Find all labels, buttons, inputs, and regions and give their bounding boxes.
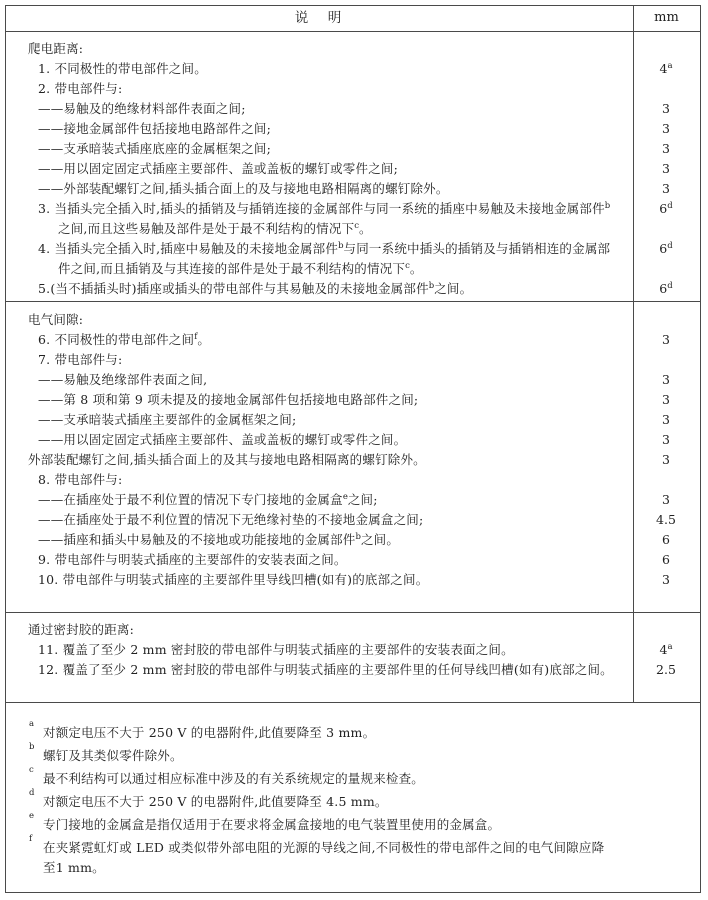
section-title: 电气间隙: <box>6 310 700 330</box>
row-text: 10. 带电部件与明装式插座的主要部件里导线凹槽(如有)的底部之间。 <box>6 570 633 590</box>
row-text: ——接地金属部件包括接地电路部件之间; <box>6 119 633 139</box>
table-row: 8. 带电部件与: <box>6 470 700 490</box>
table-row: 9. 带电部件与明装式插座的主要部件的安装表面之间。6 <box>6 550 700 570</box>
row-text: ——在插座处于最不利位置的情况下无绝缘衬垫的不接地金属盒之间; <box>6 510 633 530</box>
row-text: 6. 不同极性的带电部件之间f。 <box>6 330 633 350</box>
table-row: ——在插座处于最不利位置的情况下专门接地的金属盒e之间;3 <box>6 490 700 510</box>
row-value-mm: 3 <box>633 179 700 199</box>
table-row: ——用以固定固定式插座主要部件、盖或盖板的螺钉或零件之间;3 <box>6 159 700 179</box>
row-value-mm <box>633 79 700 99</box>
row-text: ——用以固定固定式插座主要部件、盖或盖板的螺钉或零件之间。 <box>6 430 633 450</box>
footnote-e: e专门接地的金属盒是指仅适用于在要求将金属盒接地的电气装置里使用的金属盒。 <box>6 815 700 835</box>
row-text: ——用以固定固定式插座主要部件、盖或盖板的螺钉或零件之间; <box>6 159 633 179</box>
row-text: ——易触及绝缘部件表面之间, <box>6 370 633 390</box>
footnote-text: 最不利结构可以通过相应标准中涉及的有关系统规定的量规来检查。 <box>43 771 424 786</box>
row-value-mm: 3 <box>633 430 700 450</box>
table-row: ——接地金属部件包括接地电路部件之间;3 <box>6 119 700 139</box>
row-value-mm: 3 <box>633 159 700 179</box>
row-value-mm: 4.5 <box>633 510 700 530</box>
table-row: 3. 当插头完全插入时,插头的插销及与插销连接的金属部件与同一系统的插座中易触及… <box>6 199 700 239</box>
table-row: 2. 带电部件与: <box>6 79 700 99</box>
row-text: ——外部装配螺钉之间,插头插合面上的及与接地电路相隔离的螺钉除外。 <box>6 179 633 199</box>
row-value-mm: 6d <box>633 239 700 279</box>
footnote-c: c最不利结构可以通过相应标准中涉及的有关系统规定的量规来检查。 <box>6 769 700 789</box>
table-row: 4. 当插头完全插入时,插座中易触及的未接地金属部件b与同一系统中插头的插销及与… <box>6 239 700 279</box>
row-text: 3. 当插头完全插入时,插头的插销及与插销连接的金属部件与同一系统的插座中易触及… <box>6 199 633 239</box>
footnote-a: a对额定电压不大于 250 V 的电器附件,此值要降至 3 mm。 <box>6 723 700 743</box>
row-value-mm <box>633 470 700 490</box>
row-value-mm: 3 <box>633 330 700 350</box>
requirements-table: 说 明 mm 爬电距离:1. 不同极性的带电部件之间。4a2. 带电部件与:——… <box>5 5 701 893</box>
table-row: ——外部装配螺钉之间,插头插合面上的及与接地电路相隔离的螺钉除外。3 <box>6 179 700 199</box>
row-text: ——插座和插头中易触及的不接地或功能接地的金属部件b之间。 <box>6 530 633 550</box>
table-row: ——在插座处于最不利位置的情况下无绝缘衬垫的不接地金属盒之间;4.5 <box>6 510 700 530</box>
footnote-text: 对额定电压不大于 250 V 的电器附件,此值要降至 3 mm。 <box>43 725 375 740</box>
table-row: 7. 带电部件与: <box>6 350 700 370</box>
row-value-mm: 6 <box>633 550 700 570</box>
table-row: ——用以固定固定式插座主要部件、盖或盖板的螺钉或零件之间。3 <box>6 430 700 450</box>
row-value-mm: 3 <box>633 390 700 410</box>
table-row: ——支承暗装式插座主要部件的金属框架之间;3 <box>6 410 700 430</box>
row-value-mm: 3 <box>633 370 700 390</box>
table-row: 10. 带电部件与明装式插座的主要部件里导线凹槽(如有)的底部之间。3 <box>6 570 700 590</box>
row-value-mm: 3 <box>633 139 700 159</box>
row-value-mm: 3 <box>633 119 700 139</box>
row-value-mm <box>633 350 700 370</box>
footnote-text: 螺钉及其类似零件除外。 <box>43 748 183 763</box>
row-text: 外部装配螺钉之间,插头插合面上的及其与接地电路相隔离的螺钉除外。 <box>6 450 633 470</box>
table-row: 5.(当不插插头时)插座或插头的带电部件与其易触及的未接地金属部件b之间。6d <box>6 279 700 299</box>
section-title: 通过密封胶的距离: <box>6 620 700 640</box>
row-text: 2. 带电部件与: <box>6 79 633 99</box>
row-text: 4. 当插头完全插入时,插座中易触及的未接地金属部件b与同一系统中插头的插销及与… <box>6 239 633 279</box>
row-value-mm: 3 <box>633 570 700 590</box>
row-value-mm: 3 <box>633 450 700 470</box>
row-text: 5.(当不插插头时)插座或插头的带电部件与其易触及的未接地金属部件b之间。 <box>6 279 633 299</box>
row-value-mm: 2.5 <box>633 660 700 680</box>
table-row: 1. 不同极性的带电部件之间。4a <box>6 59 700 79</box>
header-unit-mm: mm <box>633 6 700 31</box>
row-text: ——易触及的绝缘材料部件表面之间; <box>6 99 633 119</box>
footnotes-block: a对额定电压不大于 250 V 的电器附件,此值要降至 3 mm。b螺钉及其类似… <box>6 703 700 892</box>
table-body: 爬电距离:1. 不同极性的带电部件之间。4a2. 带电部件与:——易触及的绝缘材… <box>6 32 700 703</box>
section-creepage-distance: 爬电距离:1. 不同极性的带电部件之间。4a2. 带电部件与:——易触及的绝缘材… <box>6 32 700 302</box>
footnote-d: d对额定电压不大于 250 V 的电器附件,此值要降至 4.5 mm。 <box>6 792 700 812</box>
table-row: ——易触及的绝缘材料部件表面之间;3 <box>6 99 700 119</box>
row-text: 11. 覆盖了至少 2 mm 密封胶的带电部件与明装式插座的主要部件的安装表面之… <box>6 640 633 660</box>
section-title: 爬电距离: <box>6 39 700 59</box>
row-value-mm: 4a <box>633 640 700 660</box>
footnote-text: 对额定电压不大于 250 V 的电器附件,此值要降至 4.5 mm。 <box>43 794 388 809</box>
row-value-mm: 3 <box>633 490 700 510</box>
row-text: 9. 带电部件与明装式插座的主要部件的安装表面之间。 <box>6 550 633 570</box>
table-row: ——支承暗装式插座底座的金属框架之间;3 <box>6 139 700 159</box>
table-row: ——插座和插头中易触及的不接地或功能接地的金属部件b之间。6 <box>6 530 700 550</box>
row-value-mm: 6 <box>633 530 700 550</box>
row-text: ——支承暗装式插座主要部件的金属框架之间; <box>6 410 633 430</box>
table-row: 外部装配螺钉之间,插头插合面上的及其与接地电路相隔离的螺钉除外。3 <box>6 450 700 470</box>
row-value-mm: 6d <box>633 199 700 239</box>
row-text: 8. 带电部件与: <box>6 470 633 490</box>
footnote-text: 专门接地的金属盒是指仅适用于在要求将金属盒接地的电气装置里使用的金属盒。 <box>43 817 500 832</box>
header-description: 说 明 <box>6 6 633 31</box>
row-text: 1. 不同极性的带电部件之间。 <box>6 59 633 79</box>
table-row: 11. 覆盖了至少 2 mm 密封胶的带电部件与明装式插座的主要部件的安装表面之… <box>6 640 700 660</box>
row-text: 7. 带电部件与: <box>6 350 633 370</box>
row-text: ——在插座处于最不利位置的情况下专门接地的金属盒e之间; <box>6 490 633 510</box>
row-value-mm: 4a <box>633 59 700 79</box>
table-row: ——易触及绝缘部件表面之间,3 <box>6 370 700 390</box>
table-row: 6. 不同极性的带电部件之间f。3 <box>6 330 700 350</box>
row-text: ——支承暗装式插座底座的金属框架之间; <box>6 139 633 159</box>
footnote-b: b螺钉及其类似零件除外。 <box>6 746 700 766</box>
table-header-row: 说 明 mm <box>6 6 700 32</box>
table-row: ——第 8 项和第 9 项未提及的接地金属部件包括接地电路部件之间;3 <box>6 390 700 410</box>
row-value-mm: 3 <box>633 99 700 119</box>
row-text: ——第 8 项和第 9 项未提及的接地金属部件包括接地电路部件之间; <box>6 390 633 410</box>
section-sealing-compound-distance: 通过密封胶的距离:11. 覆盖了至少 2 mm 密封胶的带电部件与明装式插座的主… <box>6 613 700 703</box>
row-text: 12. 覆盖了至少 2 mm 密封胶的带电部件与明装式插座的主要部件里的任何导线… <box>6 660 633 680</box>
footnote-f: f在夹紧霓虹灯或 LED 或类似带外部电阻的光源的导线之间,不同极性的带电部件之… <box>6 838 700 878</box>
table-row: 12. 覆盖了至少 2 mm 密封胶的带电部件与明装式插座的主要部件里的任何导线… <box>6 660 700 680</box>
section-clearance: 电气间隙:6. 不同极性的带电部件之间f。37. 带电部件与:——易触及绝缘部件… <box>6 302 700 613</box>
footnote-text: 在夹紧霓虹灯或 LED 或类似带外部电阻的光源的导线之间,不同极性的带电部件之间… <box>43 840 604 875</box>
row-value-mm: 6d <box>633 279 700 299</box>
row-value-mm: 3 <box>633 410 700 430</box>
